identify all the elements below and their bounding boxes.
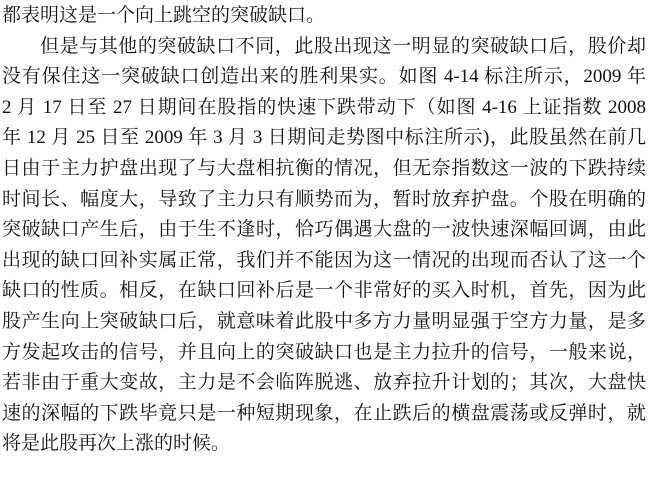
text-line-5: 年 12 月 25 日至 2009 年 3 月 3 日期间走势图中标注所示)，此… xyxy=(2,123,646,154)
text-line-15: 将是此股再次上涨的时候。 xyxy=(2,429,646,460)
text-line-14: 速的深幅的下跌毕竟只是一种短期现象，在止跌后的横盘震荡或反弹时，就 xyxy=(2,399,646,430)
text-line-3: 没有保住这一突破缺口创造出来的胜利果实。如图 4-14 标注所示，2009 年 xyxy=(2,62,646,93)
text-line-6: 日由于主力护盘出现了与大盘相抗衡的情况，但无奈指数这一波的下跌持续 xyxy=(2,154,646,185)
text-line-12: 方发起攻击的信号，并且向上的突破缺口也是主力拉升的信号，一般来说， xyxy=(2,338,646,369)
text-line-11: 股产生向上突破缺口后，就意味着此股中多方力量明显强于空方力量，是多 xyxy=(2,307,646,338)
text-line-10: 缺口的性质。相反，在缺口回补后是一个非常好的买入时机，首先，因为此 xyxy=(2,276,646,307)
text-line-2: 但是与其他的突破缺口不同，此股出现这一明显的突破缺口后，股价却 xyxy=(2,32,646,63)
text-line-1: 都表明这是一个向上跳空的突破缺口。 xyxy=(2,1,646,32)
text-line-13: 若非由于重大变故，主力是不会临阵脱逃、放弃拉升计划的；其次，大盘快 xyxy=(2,368,646,399)
document-page: 都表明这是一个向上跳空的突破缺口。 但是与其他的突破缺口不同，此股出现这一明显的… xyxy=(0,0,651,493)
text-line-7: 时间长、幅度大，导致了主力只有顺势而为，暂时放弃护盘。个股在明确的 xyxy=(2,185,646,216)
text-line-9: 出现的缺口回补实属正常，我们并不能因为这一情况的出现而否认了这一个 xyxy=(2,246,646,277)
text-line-8: 突破缺口产生后，由于生不逢时，恰巧偶遇大盘的一波快速深幅回调，由此 xyxy=(2,215,646,246)
text-line-4: 2 月 17 日至 27 日期间在股指的快速下跌带动下（如图 4-16 上证指数… xyxy=(2,93,646,124)
